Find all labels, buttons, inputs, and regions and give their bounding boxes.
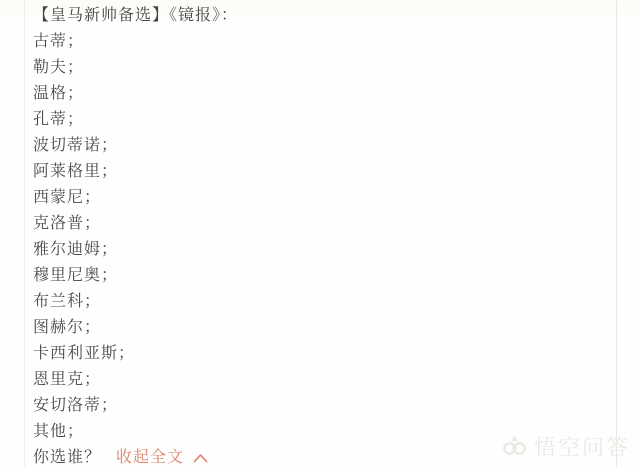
list-item: 古蒂； <box>33 29 610 55</box>
post-title: 【皇马新帅备选】《镜报》： <box>33 3 610 29</box>
list-item: 西蒙尼； <box>33 185 610 211</box>
list-item: 温格； <box>33 81 610 107</box>
watermark: 悟空问答 <box>501 431 630 462</box>
list-item: 勒夫； <box>33 55 610 81</box>
post-page: 【皇马新帅备选】《镜报》： 古蒂； 勒夫； 温格； 孔蒂； 波切蒂诺； 阿莱格里… <box>0 0 640 467</box>
collapse-full-text-link[interactable]: 收起全文 <box>116 445 208 467</box>
left-column-border <box>24 0 25 467</box>
list-item: 雅尔迪姆； <box>33 237 610 263</box>
question-text: 你选谁？ <box>33 445 101 467</box>
list-item: 克洛普； <box>33 211 610 237</box>
post-content: 【皇马新帅备选】《镜报》： 古蒂； 勒夫； 温格； 孔蒂； 波切蒂诺； 阿莱格里… <box>33 3 610 467</box>
list-item: 穆里尼奥； <box>33 263 610 289</box>
wukong-monkey-logo-icon <box>501 433 528 460</box>
right-column-border <box>616 0 617 467</box>
collapse-label: 收起全文 <box>116 445 184 467</box>
list-item: 图赫尔； <box>33 315 610 341</box>
list-item: 安切洛蒂； <box>33 393 610 419</box>
list-item: 恩里克； <box>33 367 610 393</box>
watermark-text: 悟空问答 <box>534 431 630 462</box>
list-item: 孔蒂； <box>33 107 610 133</box>
list-item: 卡西利亚斯； <box>33 341 610 367</box>
list-item: 波切蒂诺； <box>33 133 610 159</box>
chevron-up-icon <box>193 453 208 463</box>
list-item: 阿莱格里； <box>33 159 610 185</box>
list-item: 布兰科； <box>33 289 610 315</box>
